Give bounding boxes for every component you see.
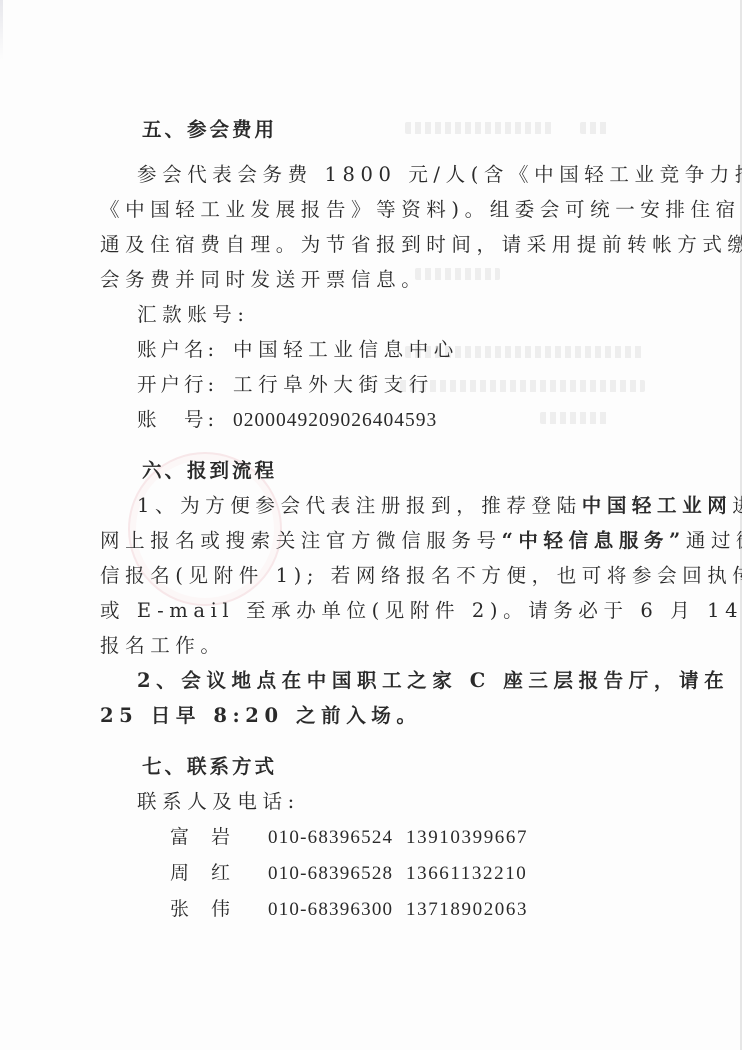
scanned-page: 五、参会费用 参会代表会务费 1800 元/人(含《中国轻工业竞争力报告》、 《… bbox=[0, 0, 742, 1050]
contact-row: 富岩010-6839652413910399667 bbox=[170, 819, 645, 855]
paragraph-line: 或 E-mail 至承办单位(见附件 2)。请务必于 6 月 14 日前完成 bbox=[100, 593, 645, 628]
paragraph-line: 1、为方便参会代表注册报到，推荐登陆中国轻工业网进行 bbox=[100, 488, 645, 523]
text-span: 进行 bbox=[732, 494, 742, 517]
contact-name: 周红 bbox=[170, 855, 268, 891]
bank-row: 开户行:工行阜外大街支行 bbox=[100, 367, 645, 402]
paragraph-line: 信报名(见附件 1); 若网络报名不方便，也可将参会回执传真 bbox=[100, 558, 645, 593]
contact-mobile: 13661132210 bbox=[406, 856, 527, 892]
account-name-row: 账户名:中国轻工业信息中心 bbox=[100, 332, 645, 367]
contact-name: 富岩 bbox=[170, 819, 268, 855]
site-name-bold: 中国轻工业网 bbox=[582, 494, 733, 517]
text-span: 1、为方便参会代表注册报到，推荐登陆 bbox=[137, 494, 582, 517]
paragraph-line-bold: 25 日早 8:20 之前入场。 bbox=[100, 698, 645, 733]
remit-label: 汇款账号: bbox=[100, 297, 645, 332]
document-body: 五、参会费用 参会代表会务费 1800 元/人(含《中国轻工业竞争力报告》、 《… bbox=[100, 112, 645, 927]
paragraph-line: 通及住宿费自理。为节省报到时间，请采用提前转帐方式缴纳 bbox=[100, 227, 645, 262]
section-heading-registration: 六、报到流程 bbox=[100, 453, 645, 488]
scan-edge-left bbox=[0, 0, 3, 60]
wechat-account-bold: “中轻信息服务” bbox=[502, 529, 686, 552]
paragraph-line: 网上报名或搜索关注官方微信服务号“中轻信息服务”通过微 bbox=[100, 523, 645, 558]
account-number-label: 账 号: bbox=[137, 402, 233, 437]
paragraph-line: 会务费并同时发送开票信息。 bbox=[100, 262, 645, 297]
section-heading-contact: 七、联系方式 bbox=[100, 749, 645, 784]
paragraph-line: 《中国轻工业发展报告》等资料)。组委会可统一安排住宿，交 bbox=[100, 192, 645, 227]
contact-phone: 010-68396528 bbox=[268, 856, 406, 892]
contact-name: 张伟 bbox=[170, 891, 268, 927]
contact-row: 张伟010-6839630013718902063 bbox=[170, 891, 645, 927]
paragraph-line-bold: 2、会议地点在中国职工之家 C 座三层报告厅，请在 6 月 bbox=[100, 663, 645, 698]
account-number-value: 0200049209026404593 bbox=[233, 410, 437, 431]
contact-mobile: 13718902063 bbox=[406, 892, 528, 928]
paragraph-line: 参会代表会务费 1800 元/人(含《中国轻工业竞争力报告》、 bbox=[100, 157, 645, 192]
bank-value: 工行阜外大街支行 bbox=[233, 373, 434, 396]
text-span: 网上报名或搜索关注官方微信服务号 bbox=[100, 529, 502, 552]
contact-row: 周红010-6839652813661132210 bbox=[170, 855, 645, 891]
contact-phone: 010-68396524 bbox=[268, 820, 406, 856]
bank-label: 开户行: bbox=[137, 367, 233, 402]
text-span: 通过微 bbox=[686, 529, 742, 552]
section-heading-fees: 五、参会费用 bbox=[100, 112, 645, 147]
account-name-label: 账户名: bbox=[137, 332, 233, 367]
contacts-label: 联系人及电话: bbox=[100, 784, 645, 819]
account-number-row: 账 号:0200049209026404593 bbox=[100, 402, 645, 437]
contacts-list: 富岩010-6839652413910399667 周红010-68396528… bbox=[100, 819, 645, 927]
contact-phone: 010-68396300 bbox=[268, 892, 406, 928]
contact-mobile: 13910399667 bbox=[406, 820, 528, 856]
account-name-value: 中国轻工业信息中心 bbox=[233, 338, 459, 361]
paragraph-line: 报名工作。 bbox=[100, 628, 645, 663]
